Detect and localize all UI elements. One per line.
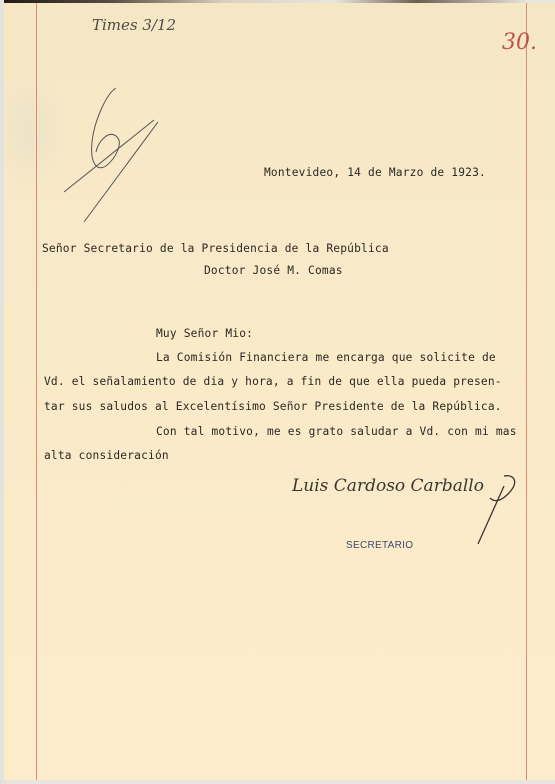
left-margin-line xyxy=(36,2,37,780)
recipient-line-2: Doctor José M. Comas xyxy=(204,264,343,277)
body-line: Vd. el señalamiento de dia y hora, a fin… xyxy=(44,375,502,388)
top-left-annotation: Times 3/12 xyxy=(92,16,176,34)
date-line: Montevideo, 14 de Marzo de 1923. xyxy=(264,166,486,179)
secretario-stamp: SECRETARIO xyxy=(346,540,413,551)
initial-mark-icon xyxy=(54,82,174,232)
salutation: Muy Señor Mio: xyxy=(156,327,253,340)
folio-number: 30. xyxy=(502,30,537,55)
body-line: Con tal motivo, me es grato saludar a Vd… xyxy=(156,425,517,438)
scan-top-edge xyxy=(4,0,555,3)
body-line: alta consideración xyxy=(44,449,169,462)
body-line: La Comisión Financiera me encarga que so… xyxy=(156,351,496,364)
letter-page: Times 3/12 30. Montevideo, 14 de Marzo d… xyxy=(4,2,555,780)
body-line: tar sus saludos al Excelentísimo Señor P… xyxy=(44,400,502,413)
signature-flourish-icon xyxy=(464,472,524,552)
recipient-line-1: Señor Secretario de la Presidencia de la… xyxy=(42,242,389,255)
signature: Luis Cardoso Carballo xyxy=(292,476,484,496)
right-margin-line xyxy=(526,2,527,780)
